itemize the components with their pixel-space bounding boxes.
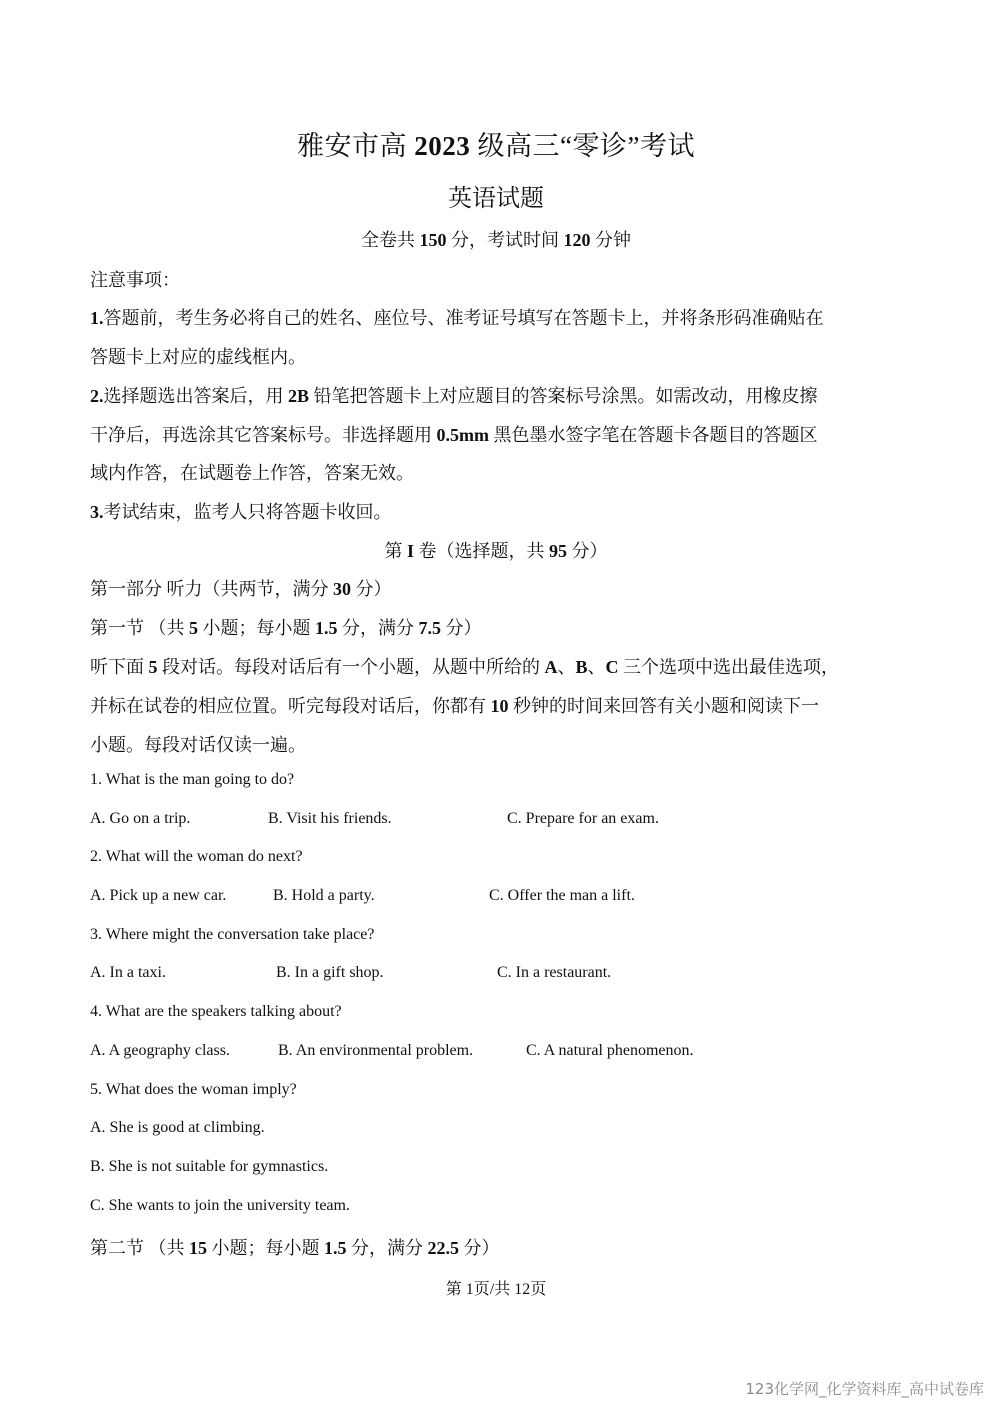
q4-option-c: C. A natural phenomenon. [526, 1042, 694, 1060]
exam-subtitle: 英语试题 [0, 178, 992, 213]
q3-option-c: C. In a restaurant. [497, 964, 611, 982]
q3-option-b: B. In a gift shop. [276, 964, 384, 982]
question-4: 4. What are the speakers talking about? [90, 1003, 342, 1021]
instructions-line-1: 听下面 5 段对话。每段对话后有一个小题，从题中所给的 A、B、C 三个选项中选… [90, 653, 839, 679]
q4-option-a: A. A geography class. [90, 1042, 230, 1060]
q1-option-c: C. Prepare for an exam. [507, 810, 659, 828]
page-number: 第 1页/共 12页 [0, 1276, 992, 1299]
instructions-line-3: 小题。每段对话仅读一遍。 [90, 731, 306, 757]
q5-option-c: C. She wants to join the university team… [90, 1197, 350, 1215]
q2-option-c: C. Offer the man a lift. [489, 887, 635, 905]
notice-item-3: 3.考试结束，监考人只将答题卡收回。 [90, 498, 392, 524]
notice-item-2-cont: 干净后，再选涂其它答案标号。非选择题用 0.5mm 黑色墨水签字笔在答题卡各题目… [90, 421, 818, 447]
instructions-line-2: 并标在试卷的相应位置。听完每段对话后，你都有 10 秒钟的时间来回答有关小题和阅… [90, 692, 819, 718]
section-2-heading: 第二节 （共 15 小题；每小题 1.5 分，满分 22.5 分） [90, 1234, 500, 1260]
q3-option-a: A. In a taxi. [90, 964, 166, 982]
q5-option-a: A. She is good at climbing. [90, 1119, 265, 1137]
section-1-heading: 第一节 （共 5 小题；每小题 1.5 分，满分 7.5 分） [90, 614, 482, 640]
watermark: 123化学网_化学资料库_高中试卷库 [745, 1378, 984, 1399]
q5-option-b: B. She is not suitable for gymnastics. [90, 1158, 328, 1176]
question-3: 3. Where might the conversation take pla… [90, 926, 374, 944]
notice-item-2: 2.选择题选出答案后，用 2B 铅笔把答题卡上对应题目的答案标号涂黑。如需改动，… [90, 382, 818, 408]
q2-option-b: B. Hold a party. [273, 887, 375, 905]
notice-item-2-cont2: 域内作答，在试题卷上作答，答案无效。 [90, 459, 414, 485]
part-heading: 第一部分 听力（共两节，满分 30 分） [90, 575, 392, 601]
exam-meta: 全卷共 150 分，考试时间 120 分钟 [0, 226, 992, 252]
notice-item-1: 1.答题前，考生务必将自己的姓名、座位号、准考证号填写在答题卡上，并将条形码准确… [90, 304, 824, 330]
question-2: 2. What will the woman do next? [90, 848, 303, 866]
q4-option-b: B. An environmental problem. [278, 1042, 473, 1060]
q2-option-a: A. Pick up a new car. [90, 887, 226, 905]
volume-heading: 第 I 卷（选择题，共 95 分） [0, 537, 992, 563]
notice-item-1-cont: 答题卡上对应的虚线框内。 [90, 343, 306, 369]
notice-heading: 注意事项： [90, 266, 180, 292]
question-1: 1. What is the man going to do? [90, 771, 294, 789]
exam-title: 雅安市高 2023 级高三“零诊”考试 [0, 124, 992, 163]
q1-option-a: A. Go on a trip. [90, 810, 190, 828]
q1-option-b: B. Visit his friends. [268, 810, 392, 828]
question-5: 5. What does the woman imply? [90, 1081, 297, 1099]
